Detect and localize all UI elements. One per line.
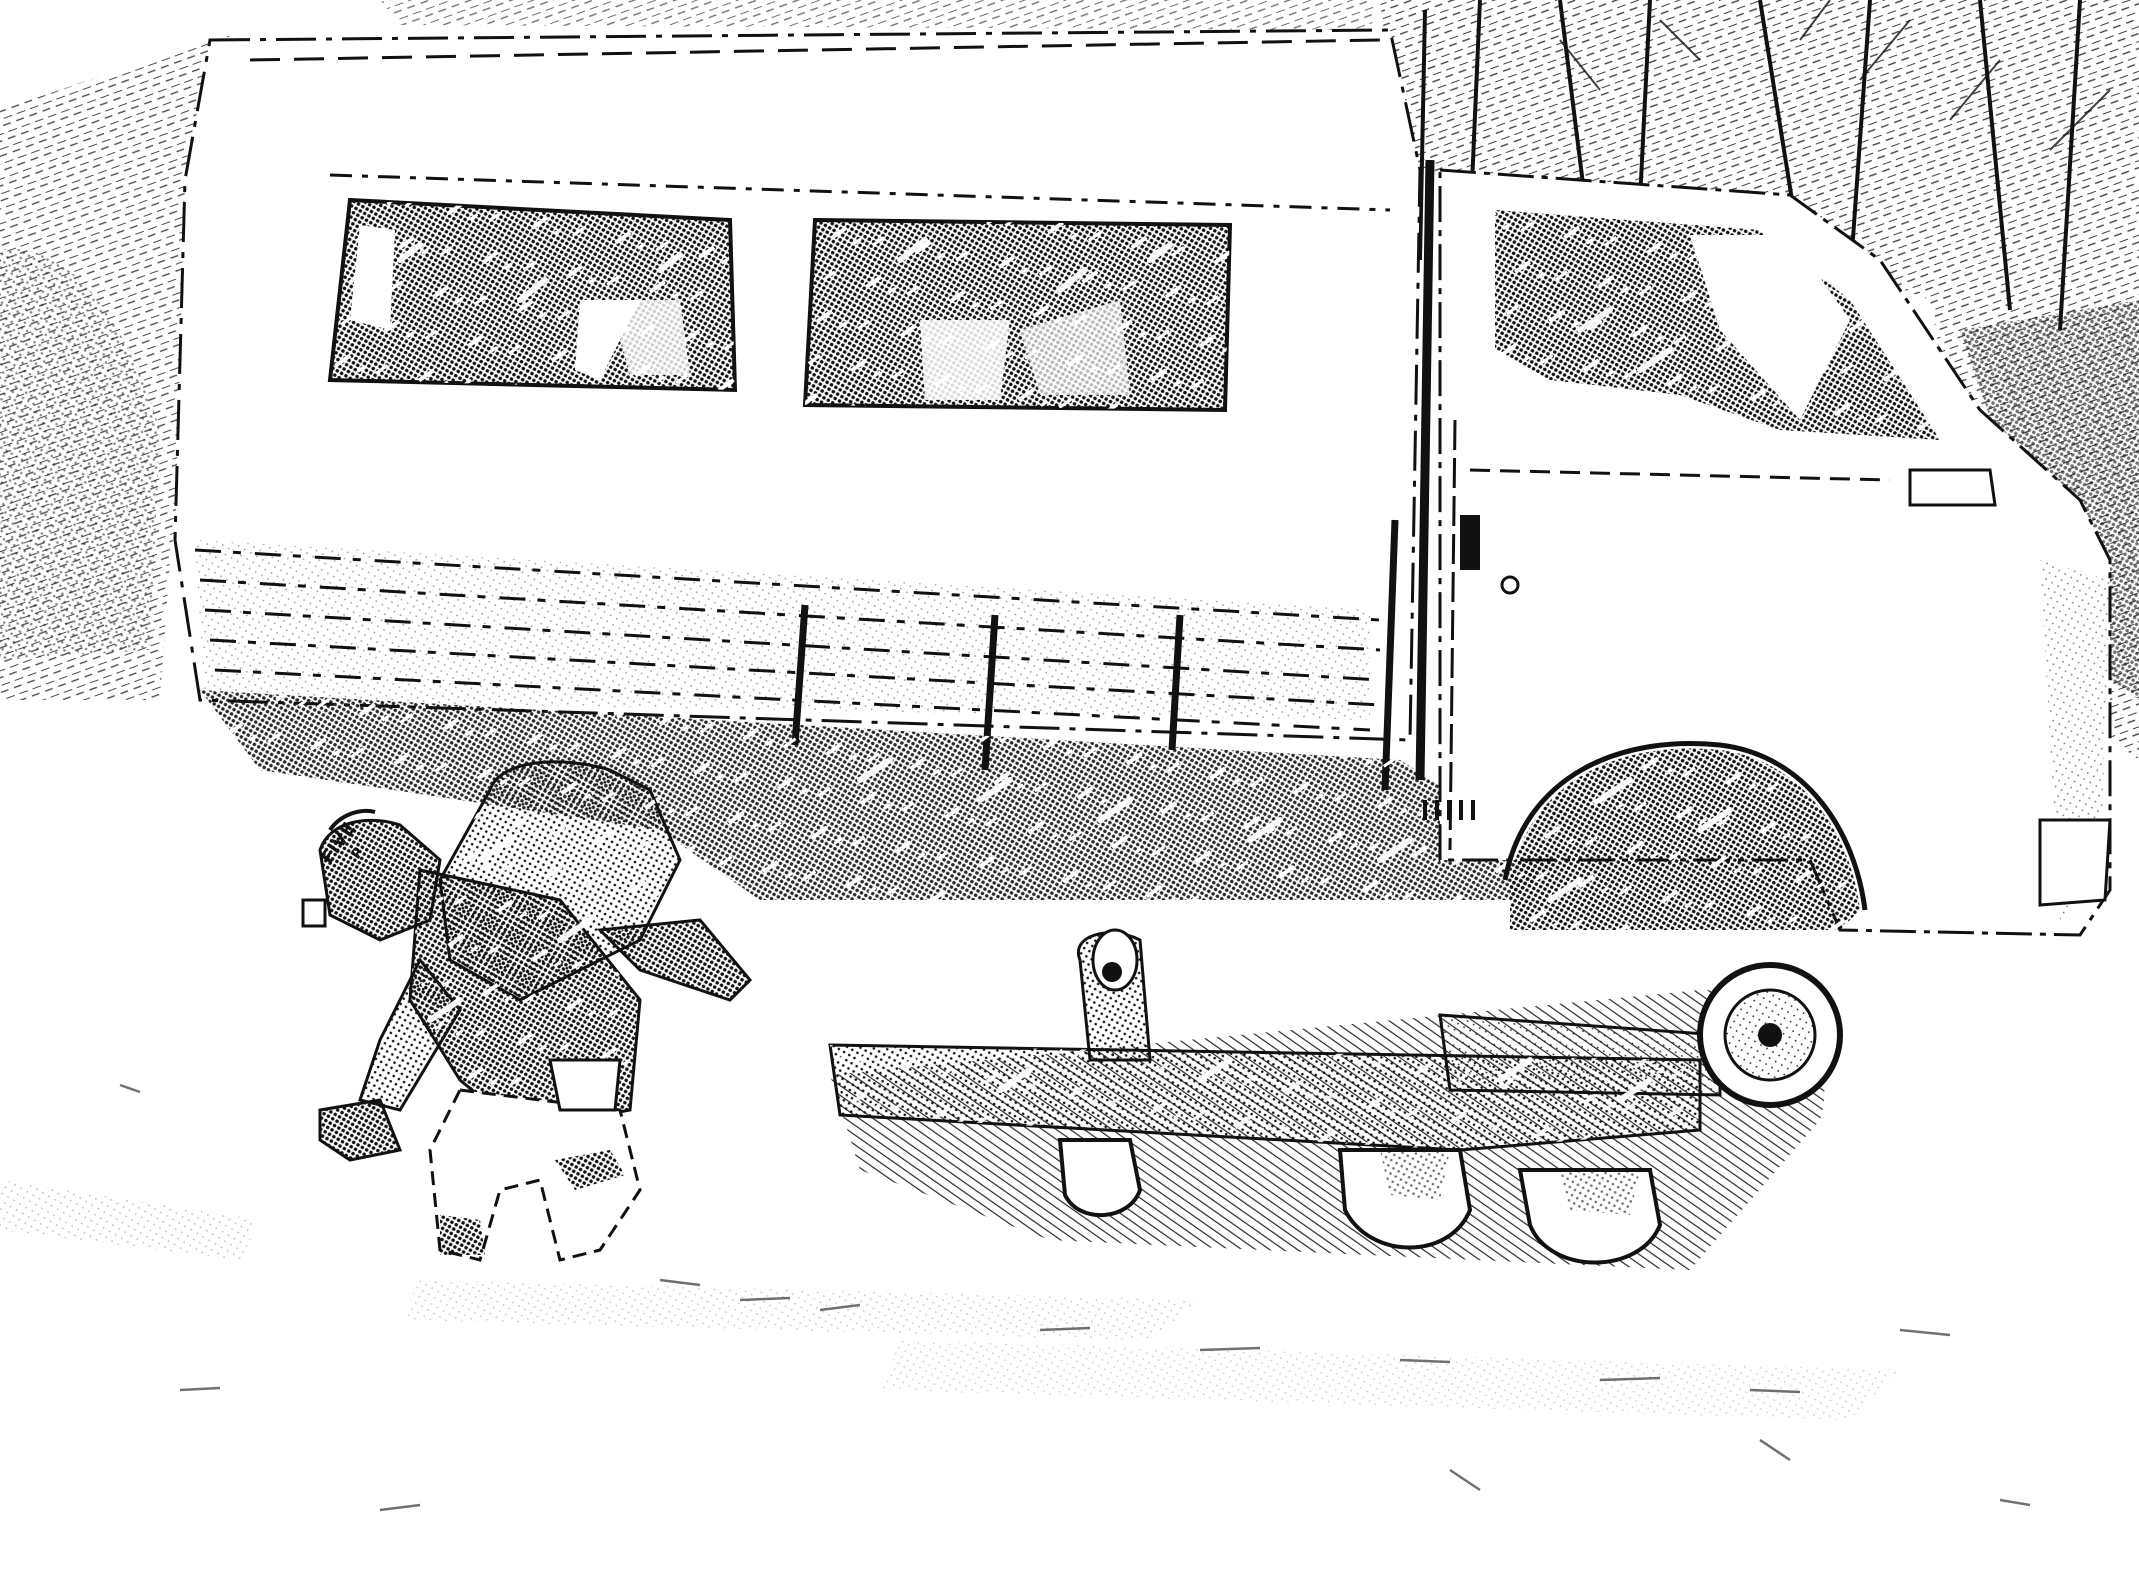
pocket (550, 1060, 620, 1110)
idler-wheel (1700, 965, 1840, 1105)
headlamp (303, 900, 325, 926)
door-handle (1460, 515, 1480, 570)
van-window-left (330, 200, 735, 390)
road-wheel-1 (1060, 1140, 1140, 1215)
illustration: FIVE P (0, 0, 2139, 1570)
boot-left (440, 1215, 485, 1255)
bushes-top (380, 0, 1380, 30)
side-mirror (1910, 470, 1995, 505)
front-bumper (2040, 820, 2110, 905)
